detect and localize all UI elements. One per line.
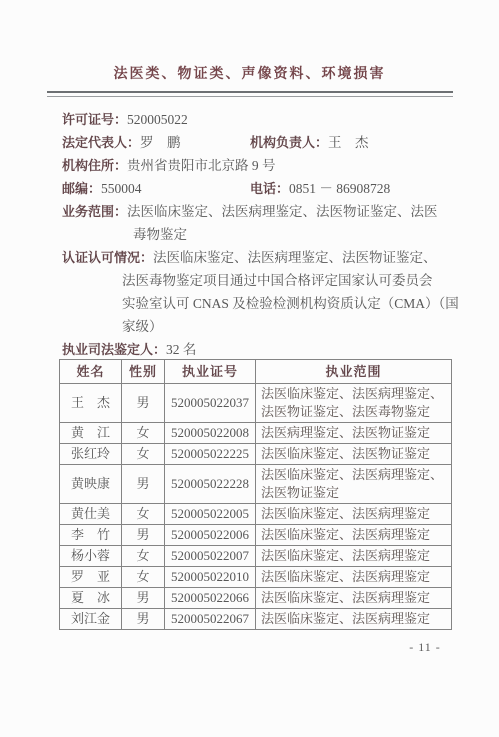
name-cell: 李 竹 — [60, 525, 122, 546]
field-label: 认证认可情况： — [62, 250, 153, 265]
field-label: 邮编： — [62, 181, 101, 196]
gender-cell: 男 — [122, 609, 165, 630]
scope-cell: 法医临床鉴定、法医病理鉴定 — [256, 546, 452, 567]
table-body: 王 杰男520005022037法医临床鉴定、法医病理鉴定、法医物证鉴定、法医毒… — [60, 384, 452, 630]
table-row: 夏 冰男520005022066法医临床鉴定、法医病理鉴定 — [60, 588, 452, 609]
gender-cell: 男 — [122, 384, 165, 423]
field-reps: 法定代表人：罗 鹏机构负责人：王 杰 — [62, 131, 456, 154]
field-value: 贵州省贵阳市北京路 9 号 — [127, 158, 276, 173]
gender-cell: 女 — [122, 546, 165, 567]
table-header-row: 姓名 性别 执业证号 执业范围 — [60, 360, 452, 384]
field-label: 执业司法鉴定人： — [62, 342, 166, 357]
table-row: 罗 亚女520005022010法医临床鉴定、法医病理鉴定 — [60, 567, 452, 588]
name-cell: 黄 江 — [60, 423, 122, 444]
table-row: 黄映康男520005022228法医临床鉴定、法医病理鉴定、法医物证鉴定 — [60, 465, 452, 504]
field-first-line: 业务范围：法医临床鉴定、法医病理鉴定、法医物证鉴定、法医 — [62, 200, 456, 223]
license-cell: 520005022067 — [165, 609, 256, 630]
col-header-scope: 执业范围 — [256, 360, 452, 384]
col-header-gender: 性别 — [122, 360, 165, 384]
name-cell: 刘江金 — [60, 609, 122, 630]
page-number: - 11 - — [395, 640, 455, 655]
license-cell: 520005022066 — [165, 588, 256, 609]
gender-cell: 男 — [122, 465, 165, 504]
license-cell: 520005022225 — [165, 444, 256, 465]
gender-cell: 男 — [122, 588, 165, 609]
license-cell: 520005022037 — [165, 384, 256, 423]
col-header-name: 姓名 — [60, 360, 122, 384]
license-cell: 520005022010 — [165, 567, 256, 588]
license-cell: 520005022008 — [165, 423, 256, 444]
table-row: 刘江金男520005022067法医临床鉴定、法医病理鉴定 — [60, 609, 452, 630]
name-cell: 黄映康 — [60, 465, 122, 504]
field-value: 罗 鹏 — [140, 135, 181, 150]
license-cell: 520005022006 — [165, 525, 256, 546]
gender-cell: 女 — [122, 567, 165, 588]
table-row: 张红玲女520005022225法医临床鉴定、法医物证鉴定 — [60, 444, 452, 465]
table-row: 李 竹男520005022006法医临床鉴定、法医病理鉴定 — [60, 525, 452, 546]
name-cell: 黄仕美 — [60, 504, 122, 525]
field-value: 王 杰 — [328, 135, 369, 150]
field-label: 业务范围： — [62, 204, 127, 219]
field-continuation-line: 法医毒物鉴定项目通过中国合格评定国家认可委员会 — [62, 269, 456, 292]
gender-cell: 女 — [122, 504, 165, 525]
field-label: 电话： — [250, 181, 289, 196]
institution-fields: 许可证号：520005022法定代表人：罗 鹏机构负责人：王 杰机构住所：贵州省… — [62, 108, 456, 361]
scope-cell: 法医临床鉴定、法医病理鉴定、法医物证鉴定 — [256, 465, 452, 504]
field-label: 机构负责人： — [250, 135, 328, 150]
field-continuation-line: 实验室认可 CNAS 及检验检测机构资质认定（CMA）（国 — [62, 292, 456, 315]
field-accreditation: 认证认可情况：法医临床鉴定、法医病理鉴定、法医物证鉴定、法医毒物鉴定项目通过中国… — [62, 246, 456, 338]
field-license: 许可证号：520005022 — [62, 108, 456, 131]
scope-cell: 法医临床鉴定、法医病理鉴定 — [256, 609, 452, 630]
scope-cell: 法医临床鉴定、法医病理鉴定 — [256, 525, 452, 546]
field-label: 机构住所： — [62, 158, 127, 173]
license-cell: 520005022228 — [165, 465, 256, 504]
license-cell: 520005022007 — [165, 546, 256, 567]
name-cell: 夏 冰 — [60, 588, 122, 609]
field-business: 业务范围：法医临床鉴定、法医病理鉴定、法医物证鉴定、法医毒物鉴定 — [62, 200, 456, 246]
field-right-part: 机构负责人：王 杰 — [250, 131, 369, 154]
table-row: 杨小蓉女520005022007法医临床鉴定、法医病理鉴定 — [60, 546, 452, 567]
scope-cell: 法医临床鉴定、法医病理鉴定 — [256, 567, 452, 588]
scope-cell: 法医临床鉴定、法医病理鉴定 — [256, 588, 452, 609]
document-page: 法医类、物证类、声像资料、环境损害 许可证号：520005022法定代表人：罗 … — [0, 0, 499, 737]
scope-cell: 法医临床鉴定、法医物证鉴定 — [256, 444, 452, 465]
field-label: 许可证号： — [62, 112, 127, 127]
field-continuation-line: 家级） — [62, 315, 456, 338]
field-value: 0851 － 86908728 — [289, 181, 390, 196]
field-value: 法医临床鉴定、法医病理鉴定、法医物证鉴定、 — [153, 250, 437, 265]
field-label: 法定代表人： — [62, 135, 140, 150]
field-post_phone: 邮编：550004电话：0851 － 86908728 — [62, 177, 456, 200]
category-header: 法医类、物证类、声像资料、环境损害 — [0, 63, 499, 83]
license-cell: 520005022005 — [165, 504, 256, 525]
table-row: 黄仕美女520005022005法医临床鉴定、法医病理鉴定 — [60, 504, 452, 525]
field-value: 32 名 — [166, 342, 196, 357]
table-row: 黄 江女520005022008法医病理鉴定、法医物证鉴定 — [60, 423, 452, 444]
name-cell: 罗 亚 — [60, 567, 122, 588]
scope-cell: 法医临床鉴定、法医病理鉴定、法医物证鉴定、法医毒物鉴定 — [256, 384, 452, 423]
table-row: 王 杰男520005022037法医临床鉴定、法医病理鉴定、法医物证鉴定、法医毒… — [60, 384, 452, 423]
scope-cell: 法医病理鉴定、法医物证鉴定 — [256, 423, 452, 444]
table-header: 姓名 性别 执业证号 执业范围 — [60, 360, 452, 384]
name-cell: 王 杰 — [60, 384, 122, 423]
scope-cell: 法医临床鉴定、法医病理鉴定 — [256, 504, 452, 525]
header-divider — [47, 91, 453, 97]
field-value: 法医临床鉴定、法医病理鉴定、法医物证鉴定、法医 — [127, 204, 438, 219]
field-right-part: 电话：0851 － 86908728 — [250, 177, 390, 200]
field-continuation-line: 毒物鉴定 — [62, 223, 456, 246]
field-practitioners: 执业司法鉴定人：32 名 — [62, 338, 456, 361]
gender-cell: 女 — [122, 444, 165, 465]
name-cell: 张红玲 — [60, 444, 122, 465]
field-value: 520005022 — [127, 112, 188, 127]
name-cell: 杨小蓉 — [60, 546, 122, 567]
gender-cell: 女 — [122, 423, 165, 444]
gender-cell: 男 — [122, 525, 165, 546]
col-header-license: 执业证号 — [165, 360, 256, 384]
field-value: 550004 — [101, 181, 142, 196]
practitioners-table: 姓名 性别 执业证号 执业范围 王 杰男520005022037法医临床鉴定、法… — [59, 359, 452, 630]
field-first-line: 认证认可情况：法医临床鉴定、法医病理鉴定、法医物证鉴定、 — [62, 246, 456, 269]
field-address: 机构住所：贵州省贵阳市北京路 9 号 — [62, 154, 456, 177]
